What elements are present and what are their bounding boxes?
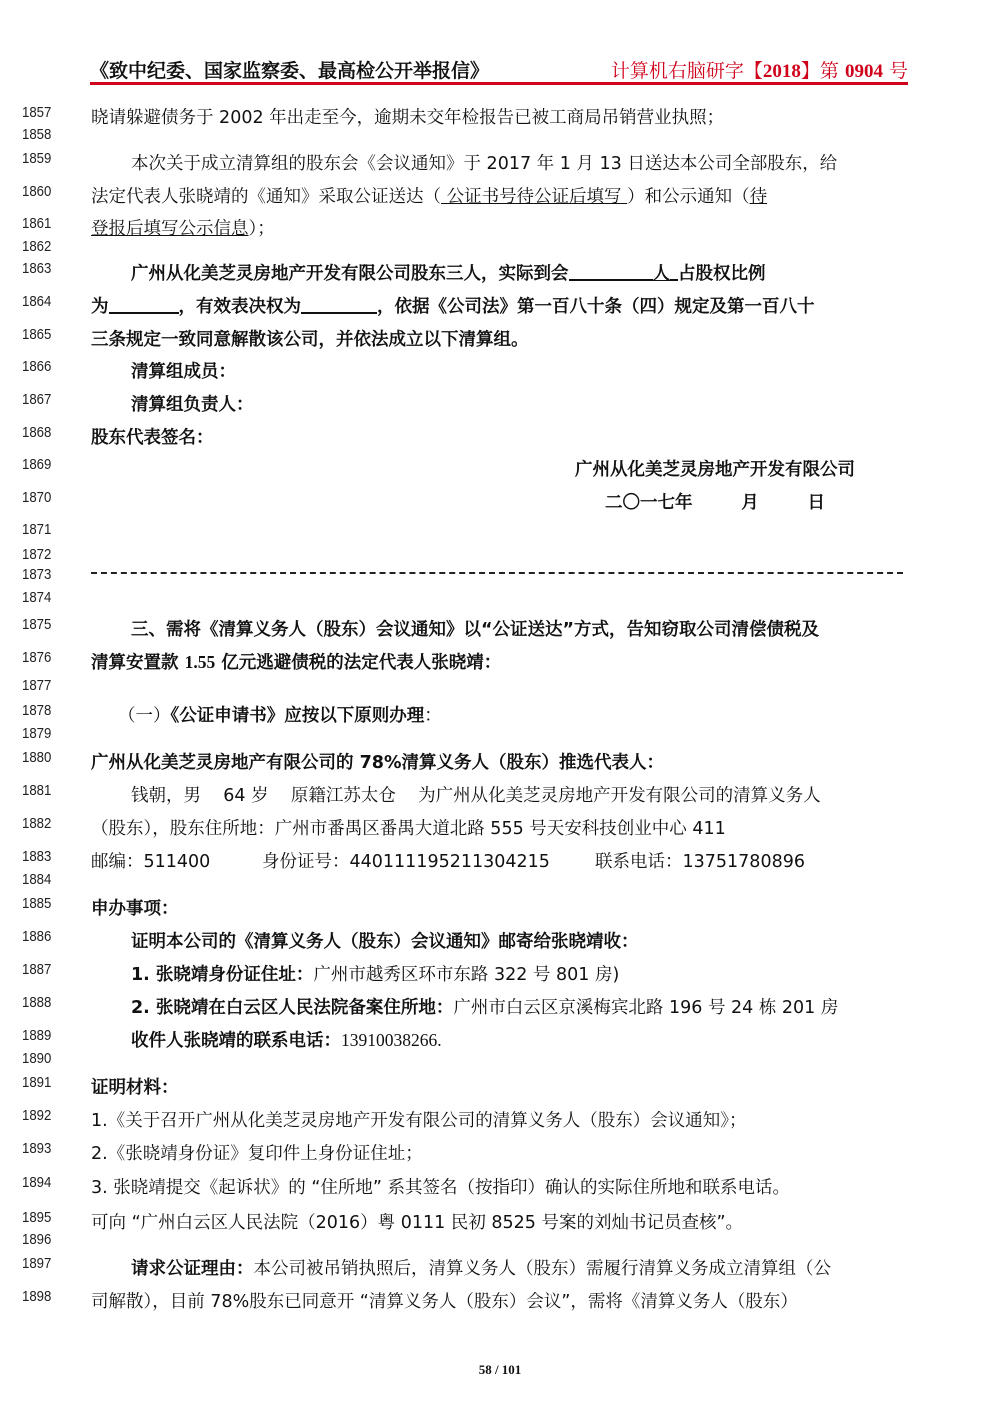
line-number: 1879 (22, 725, 57, 742)
line-number: 1889 (22, 1027, 57, 1044)
publication-info-blank: 登报后填写公示信息 (91, 219, 249, 239)
line-text: 2. 张晓靖在白云区人民法院备案住所地：广州市白云区京溪梅宾北路 196 号 2… (131, 994, 838, 1019)
line-number: 1867 (22, 391, 57, 408)
line-text: 收件人张晓靖的联系电话：13910038266. (131, 1027, 442, 1052)
header-doc-number: 计算机右脑研字【2018】第 0904 号 (611, 56, 908, 83)
equity-ratio-blank (109, 294, 179, 314)
line-number: 1865 (22, 326, 57, 343)
line-number: 1890 (22, 1050, 57, 1067)
line-text: 广州从化美芝灵房地产开发有限公司股东三人，实际到会人占股权比例 (131, 260, 766, 285)
line-number: 1858 (22, 126, 57, 143)
dashed-separator (91, 572, 903, 574)
line-number: 1883 (22, 848, 57, 865)
line-number: 1887 (22, 961, 57, 978)
line-number: 1874 (22, 589, 57, 606)
line-number: 1891 (22, 1074, 57, 1091)
line-number: 1895 (22, 1209, 57, 1226)
line-number: 1861 (22, 215, 57, 232)
line-text: 1. 张晓靖身份证住址：广州市越秀区环市东路 322 号 801 房) (131, 961, 619, 986)
document-header: 《致中纪委、国家监察委、最高检公开举报信》 计算机右脑研字【2018】第 090… (90, 56, 908, 84)
line-number: 1857 (22, 104, 57, 121)
line-number: 1884 (22, 871, 57, 888)
signature-company: 广州从化美芝灵房地产开发有限公司 (575, 456, 855, 481)
line-text: 司解散），目前 78%股东已同意开 “清算义务人（股东）会议”，需将《清算义务人… (91, 1288, 798, 1313)
line-text: 清算组负责人： (131, 391, 254, 416)
line-number: 1871 (22, 521, 57, 538)
line-text: 三条规定一致同意解散该公司，并依法成立以下清算组。 (91, 326, 529, 351)
line-number: 1892 (22, 1107, 57, 1124)
line-number: 1873 (22, 566, 57, 583)
voting-right-blank (301, 294, 377, 314)
line-text: 可向 “广州白云区人民法院（2016）粤 0111 民初 8525 号案的刘灿书… (91, 1209, 743, 1234)
line-number: 1859 (22, 150, 57, 167)
line-number: 1888 (22, 994, 57, 1011)
line-number: 1868 (22, 424, 57, 441)
line-number: 1872 (22, 546, 57, 563)
section-heading: 三、需将《清算义务人（股东）会议通知》以“公证送达”方式，告知窃取公司清偿债税及 (131, 616, 819, 641)
line-text: （股东），股东住所地：广州市番禺区番禺大道北路 555 号天安科技创业中心 41… (91, 815, 726, 840)
line-number: 1863 (22, 260, 57, 277)
line-number: 1893 (22, 1140, 57, 1157)
line-number: 1894 (22, 1174, 57, 1191)
line-text: 广州从化美芝灵房地产有限公司的 78%清算义务人（股东）推选代表人： (91, 749, 664, 774)
line-text: 2.《张晓靖身份证》复印件上身份证住址； (91, 1140, 423, 1165)
line-text: 3. 张晓靖提交《起诉状》的 “住所地” 系其签名（按指印）确认的实际住所地和联… (91, 1174, 790, 1199)
subsection-heading: （一）《公证申请书》应按以下原则办理： (118, 702, 442, 727)
postcode: 邮编：511400 (91, 848, 210, 873)
line-number: 1870 (22, 489, 57, 506)
line-text: 请求公证理由：本公司被吊销执照后，清算义务人（股东）需履行清算义务成立清算组（公 (131, 1255, 831, 1280)
line-number: 1875 (22, 616, 57, 633)
line-number: 1878 (22, 702, 57, 719)
header-red-rule (90, 82, 908, 85)
line-text: 证明材料： (91, 1074, 179, 1099)
line-number: 1897 (22, 1255, 57, 1272)
line-text: 申办事项： (91, 895, 179, 920)
line-number: 1869 (22, 456, 57, 473)
line-text: 钱朝，男 64 岁 原籍江苏太仓 为广州从化美芝灵房地产开发有限公司的清算义务人 (131, 782, 821, 807)
line-number: 1886 (22, 928, 57, 945)
line-number: 1876 (22, 649, 57, 666)
line-text: 晓请躲避债务于 2002 年出走至今，逾期未交年检报告已被工商局吊销营业执照； (91, 104, 724, 129)
phone-number: 联系电话：13751780896 (595, 848, 805, 873)
line-text: 清算组成员： (131, 358, 236, 383)
line-text: 本次关于成立清算组的股东会《会议通知》于 2017 年 1 月 13 日送达本公… (131, 150, 837, 175)
line-text: 法定代表人张晓靖的《通知》采取公证送达（ 公证书号待公证后填写 ）和公示通知（待 (91, 183, 767, 208)
line-number: 1896 (22, 1231, 57, 1248)
id-number: 身份证号：440111195211304215 (262, 848, 550, 873)
line-text: 清算安置款 1.55 亿元逃避债税的法定代表人张晓靖： (91, 649, 501, 674)
line-number: 1862 (22, 238, 57, 255)
line-number: 1866 (22, 358, 57, 375)
line-text: 股东代表签名： (91, 424, 214, 449)
line-number: 1881 (22, 782, 57, 799)
line-number: 1885 (22, 895, 57, 912)
page-number: 58 / 101 (0, 1362, 1000, 1378)
line-text: 证明本公司的《清算义务人（股东）会议通知》邮寄给张晓靖收： (131, 928, 639, 953)
line-number: 1877 (22, 677, 57, 694)
line-number: 1898 (22, 1288, 57, 1305)
attendance-blank (569, 261, 653, 281)
line-number: 1860 (22, 183, 57, 200)
line-number: 1864 (22, 293, 57, 310)
notary-number-blank: 公证书号待公证后填写 (441, 187, 627, 207)
line-text: 为，有效表决权为，依据《公司法》第一百八十条（四）规定及第一百八十 (91, 293, 815, 318)
signature-date: 二〇一七年 月 日 (605, 489, 825, 514)
line-number: 1880 (22, 749, 57, 766)
line-number: 1882 (22, 815, 57, 832)
line-text: 登报后填写公示信息）； (91, 215, 275, 240)
line-text: 1.《关于召开广州从化美芝灵房地产开发有限公司的清算义务人（股东）会议通知》； (91, 1107, 746, 1132)
header-title: 《致中纪委、国家监察委、最高检公开举报信》 (90, 56, 489, 83)
